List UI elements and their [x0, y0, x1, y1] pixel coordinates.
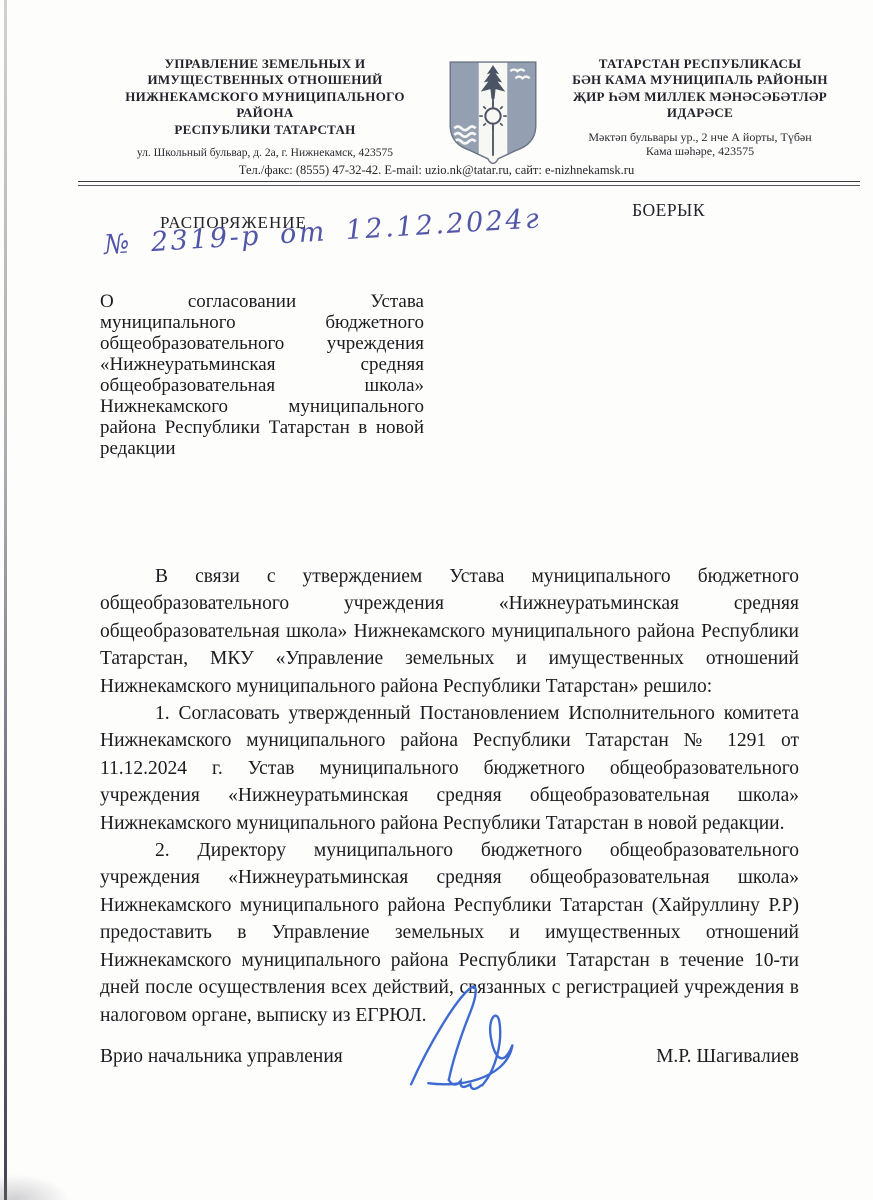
org-name-ru-line: УПРАВЛЕНИЕ ЗЕМЕЛЬНЫХ И	[98, 56, 432, 72]
org-name-tt-line: ИДАРӘСЕ	[552, 105, 848, 121]
coat-of-arms-icon	[437, 58, 549, 168]
signer-name: М.Р. Шагивалиев	[656, 1046, 799, 1068]
subject-block: О согласовании Устава муниципального бюд…	[100, 291, 424, 459]
org-name-ru-line: НИЖНЕКАМСКОГО МУНИЦИПАЛЬНОГО РАЙОНА	[98, 89, 432, 122]
org-address-tt: Мәктәп бульвары ур., 2 нче А йорты, Түбә…	[552, 130, 848, 159]
scan-corner-smudge	[0, 1174, 70, 1200]
org-name-tt-line: ТАТАРСТАН РЕСПУБЛИКАСЫ	[552, 56, 848, 72]
contact-line: Тел./факс: (8555) 47-32-42. E-mail: uzio…	[0, 163, 873, 178]
scan-edge-shadow	[4, 0, 7, 1200]
org-name-tt-line: БӘН КАМА МУНИЦИПАЛЬ РАЙОНЫН	[552, 72, 848, 88]
letterhead-left-org: УПРАВЛЕНИЕ ЗЕМЕЛЬНЫХ ИИМУЩЕСТВЕННЫХ ОТНО…	[98, 56, 432, 161]
org-address-ru: ул. Школьный бульвар, д. 2а, г. Нижнекам…	[98, 146, 432, 161]
signature-row: Врио начальника управления М.Р. Шагивали…	[100, 1046, 799, 1068]
org-name-ru-line: РЕСПУБЛИКИ ТАТАРСТАН	[98, 122, 432, 138]
letterhead-divider	[78, 181, 860, 186]
org-name-ru-line: ИМУЩЕСТВЕННЫХ ОТНОШЕНИЙ	[98, 72, 432, 88]
org-name-tt: ТАТАРСТАН РЕСПУБЛИКАСЫБӘН КАМА МУНИЦИПАЛ…	[552, 56, 848, 122]
body-paragraph: 1. Согласовать утвержденный Постановлени…	[100, 700, 799, 837]
letterhead-right-org: ТАТАРСТАН РЕСПУБЛИКАСЫБӘН КАМА МУНИЦИПАЛ…	[552, 56, 848, 159]
org-name-ru: УПРАВЛЕНИЕ ЗЕМЕЛЬНЫХ ИИМУЩЕСТВЕННЫХ ОТНО…	[98, 56, 432, 138]
org-name-tt-line: ҖИР ҺӘМ МИЛЛЕК МӘНӘСӘБӘТЛӘР	[552, 89, 848, 105]
body-paragraphs: В связи с утверждением Устава муниципаль…	[100, 563, 799, 1029]
scanned-document-page: УПРАВЛЕНИЕ ЗЕМЕЛЬНЫХ ИИМУЩЕСТВЕННЫХ ОТНО…	[0, 0, 873, 1200]
document-title-tt: БОЕРЫК	[632, 200, 705, 221]
body-paragraph: В связи с утверждением Устава муниципаль…	[100, 563, 799, 700]
org-address-tt-line: Кама шәһәре, 423575	[552, 144, 848, 159]
org-address-tt-line: Мәктәп бульвары ур., 2 нче А йорты, Түбә…	[552, 130, 848, 145]
signer-position: Врио начальника управления	[100, 1046, 343, 1068]
handwritten-signature	[396, 978, 536, 1098]
